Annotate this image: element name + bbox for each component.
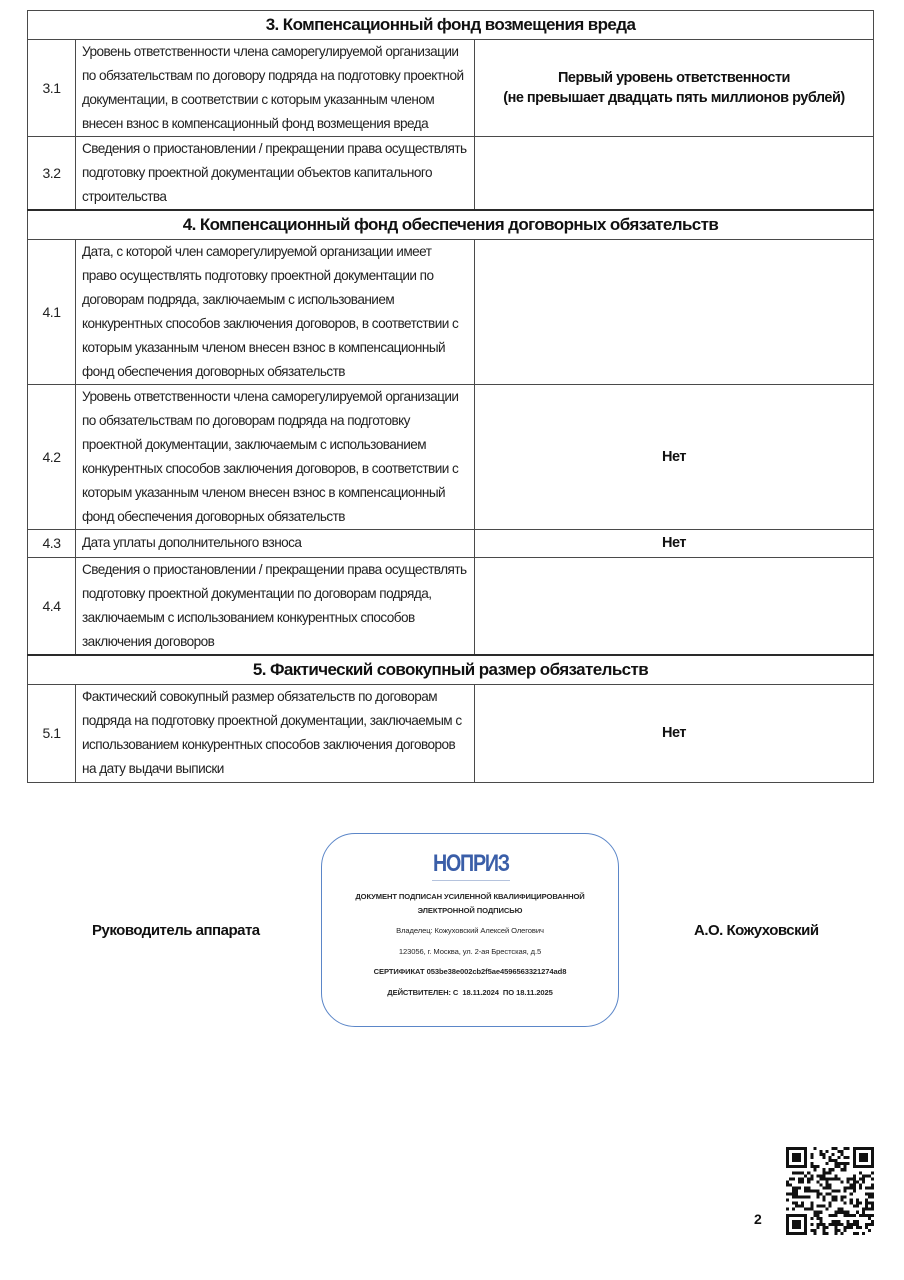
table-row: 3.1Уровень ответственности члена саморег… [28,40,874,137]
section-header-row: 4. Компенсационный фонд обеспечения дого… [28,210,874,239]
stamp-owner: Владелец: Кожуховский Алексей Олегович [322,926,618,935]
logo-underline [432,880,510,881]
signer-position: Руководитель аппарата [92,922,260,939]
nopriz-logo: НОПРИЗ [431,848,511,880]
table-row: 3.2Сведения о приостановлении / прекраще… [28,137,874,211]
qr-code-icon [786,1147,874,1235]
row-number: 3.2 [28,137,76,211]
row-description: Сведения о приостановлении / прекращении… [76,557,475,655]
row-value-line: (не превышает двадцать пять миллионов ру… [475,88,873,108]
row-value-line: Нет [475,447,873,467]
section-header-row: 5. Фактический совокупный размер обязате… [28,655,874,684]
row-value: Нет [475,384,874,529]
section-title: 4. Компенсационный фонд обеспечения дого… [28,210,874,239]
row-number: 5.1 [28,684,76,782]
row-value-line: Первый уровень ответственности [475,68,873,88]
page-number: 2 [754,1211,762,1227]
row-value: Нет [475,684,874,782]
stamp-heading-line1: ДОКУМЕНТ ПОДПИСАН УСИЛЕННОЙ КВАЛИФИЦИРОВ… [322,892,618,901]
stamp-address: 123056, г. Москва, ул. 2-ая Брестская, д… [322,947,618,956]
table-row: 4.2Уровень ответственности члена саморег… [28,384,874,529]
signer-name: А.О. Кожуховский [694,922,819,939]
row-description: Дата, с которой член саморегулируемой ор… [76,239,475,384]
row-value [475,137,874,211]
section-title: 5. Фактический совокупный размер обязате… [28,655,874,684]
registry-extract-table: 3. Компенсационный фонд возмещения вреда… [27,10,874,783]
row-description: Сведения о приостановлении / прекращении… [76,137,475,211]
row-value [475,239,874,384]
section-title: 3. Компенсационный фонд возмещения вреда [28,11,874,40]
section-header-row: 3. Компенсационный фонд возмещения вреда [28,11,874,40]
row-value-line: Нет [475,533,873,553]
electronic-signature-stamp: НОПРИЗ ДОКУМЕНТ ПОДПИСАН УСИЛЕННОЙ КВАЛИ… [321,833,619,1027]
row-description: Уровень ответственности члена саморегули… [76,40,475,137]
row-value-line: Нет [475,723,873,743]
row-value: Нет [475,529,874,557]
row-number: 4.1 [28,239,76,384]
row-description: Фактический совокупный размер обязательс… [76,684,475,782]
table-row: 4.3Дата уплаты дополнительного взносаНет [28,529,874,557]
row-number: 4.2 [28,384,76,529]
row-value: Первый уровень ответственности(не превыш… [475,40,874,137]
table-row: 5.1Фактический совокупный размер обязате… [28,684,874,782]
row-number: 4.3 [28,529,76,557]
stamp-certificate: СЕРТИФИКАТ 053be38e002cb2f5ae45965633212… [322,967,618,976]
row-description: Дата уплаты дополнительного взноса [76,529,475,557]
row-description: Уровень ответственности члена саморегули… [76,384,475,529]
row-number: 4.4 [28,557,76,655]
row-value [475,557,874,655]
table-row: 4.4Сведения о приостановлении / прекраще… [28,557,874,655]
row-number: 3.1 [28,40,76,137]
logo-text: НОПРИЗ [433,850,509,878]
stamp-heading-line2: ЭЛЕКТРОННОЙ ПОДПИСЬЮ [322,906,618,915]
stamp-validity: ДЕЙСТВИТЕЛЕН: С 18.11.2024 ПО 18.11.2025 [322,988,618,997]
table-row: 4.1Дата, с которой член саморегулируемой… [28,239,874,384]
